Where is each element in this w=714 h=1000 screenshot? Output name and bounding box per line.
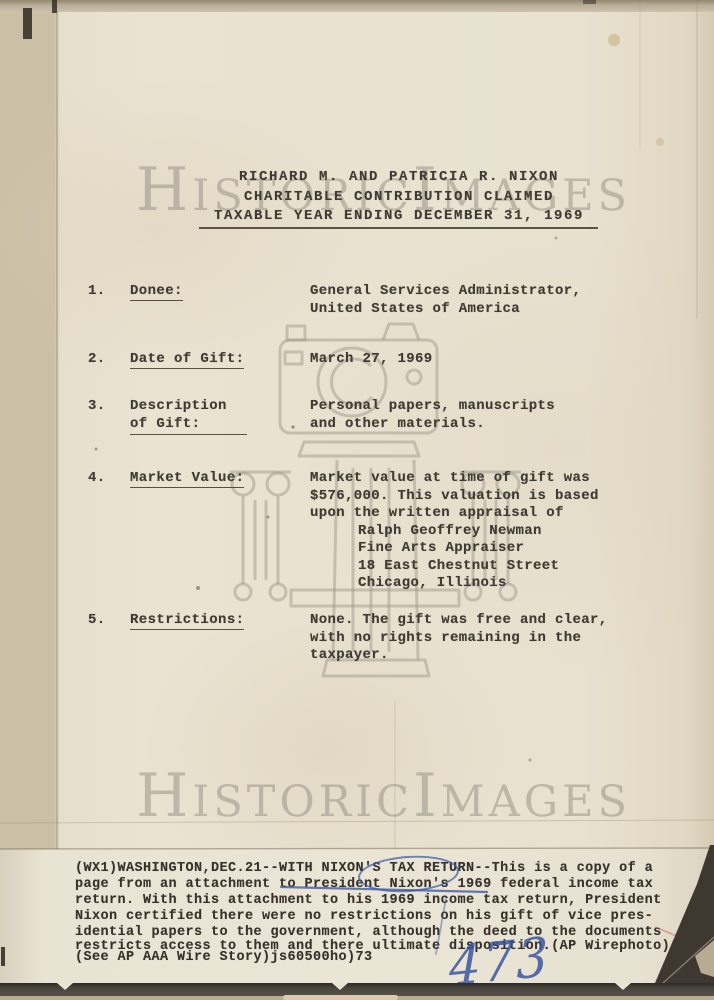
- item-value-line: with no rights remaining in the: [310, 630, 608, 648]
- item-label-line: Description: [130, 398, 247, 416]
- item-value-line: taxpayer.: [310, 647, 608, 665]
- item-number: 4.: [88, 470, 106, 486]
- item-value-line: and other materials.: [310, 416, 555, 434]
- item-value-line: March 27, 1969: [310, 351, 433, 369]
- item-label: Date of Gift:: [130, 351, 244, 369]
- item-label: Donee:: [130, 283, 183, 301]
- item-value-line: Market value at time of gift was: [310, 470, 599, 488]
- watermark-letter: I: [413, 766, 441, 826]
- item-value-line: 18 East Chestnut Street: [358, 558, 559, 576]
- edge-notch: [57, 983, 73, 990]
- wirephoto-scan: HISTORICIMAGES: [0, 0, 714, 1000]
- item-value-line: None. The gift was free and clear,: [310, 612, 608, 630]
- watermark-letters: ISTORIC: [192, 781, 413, 824]
- item-value-line: Ralph Geoffrey Newman: [358, 523, 559, 541]
- caption-line: (See AP AAA Wire Story)js60500ho)73: [75, 950, 373, 965]
- title-line: TAXABLE YEAR ENDING DECEMBER 31, 1969: [198, 207, 600, 227]
- caption-line: idential papers to the government, altho…: [75, 925, 662, 940]
- edge-notch: [332, 983, 348, 990]
- item-number: 5.: [88, 612, 106, 628]
- title-underline: [199, 227, 598, 229]
- title-line: RICHARD M. AND PATRICIA R. NIXON: [198, 168, 600, 188]
- backing-paper-patch: [283, 995, 398, 1000]
- edge-notch: [615, 983, 631, 990]
- title-line: CHARITABLE CONTRIBUTION CLAIMED: [198, 188, 600, 208]
- caption-line: return. With this attachment to his 1969…: [75, 893, 662, 908]
- caption-line: Nixon certified there were no restrictio…: [75, 909, 653, 924]
- item-label: Market Value:: [130, 470, 244, 488]
- item-value-line: Chicago, Illinois: [358, 575, 559, 593]
- item-value: March 27, 1969: [310, 351, 433, 369]
- item-label-line: of Gift:: [130, 416, 247, 436]
- watermark-letters: MAGES: [441, 781, 631, 824]
- item-value: None. The gift was free and clear, with …: [310, 612, 608, 665]
- item-label: Restrictions:: [130, 612, 244, 630]
- item-value-line: Fine Arts Appraiser: [358, 540, 559, 558]
- watermark-letter: H: [136, 160, 192, 220]
- photo-top-edge: [0, 0, 714, 12]
- item-value-line: $576,000. This valuation is based: [310, 488, 599, 506]
- historicimages-watermark-text: HISTORICIMAGES: [136, 766, 631, 826]
- item-value-line: United States of America: [310, 301, 581, 319]
- item-label: Description of Gift:: [130, 398, 247, 435]
- item-number: 2.: [88, 351, 106, 367]
- document-title: RICHARD M. AND PATRICIA R. NIXON CHARITA…: [198, 168, 600, 227]
- item-value: General Services Administrator, United S…: [310, 283, 581, 318]
- item-value-line: General Services Administrator,: [310, 283, 581, 301]
- item-value-line: upon the written appraisal of: [310, 505, 599, 523]
- appraiser-block: Ralph Geoffrey Newman Fine Arts Appraise…: [358, 523, 559, 593]
- item-value-line: Personal papers, manuscripts: [310, 398, 555, 416]
- watermark-letter: H: [136, 766, 192, 826]
- item-number: 3.: [88, 398, 106, 414]
- item-number: 1.: [88, 283, 106, 299]
- item-value: Personal papers, manuscripts and other m…: [310, 398, 555, 433]
- item-value: Market value at time of gift was $576,00…: [310, 470, 599, 523]
